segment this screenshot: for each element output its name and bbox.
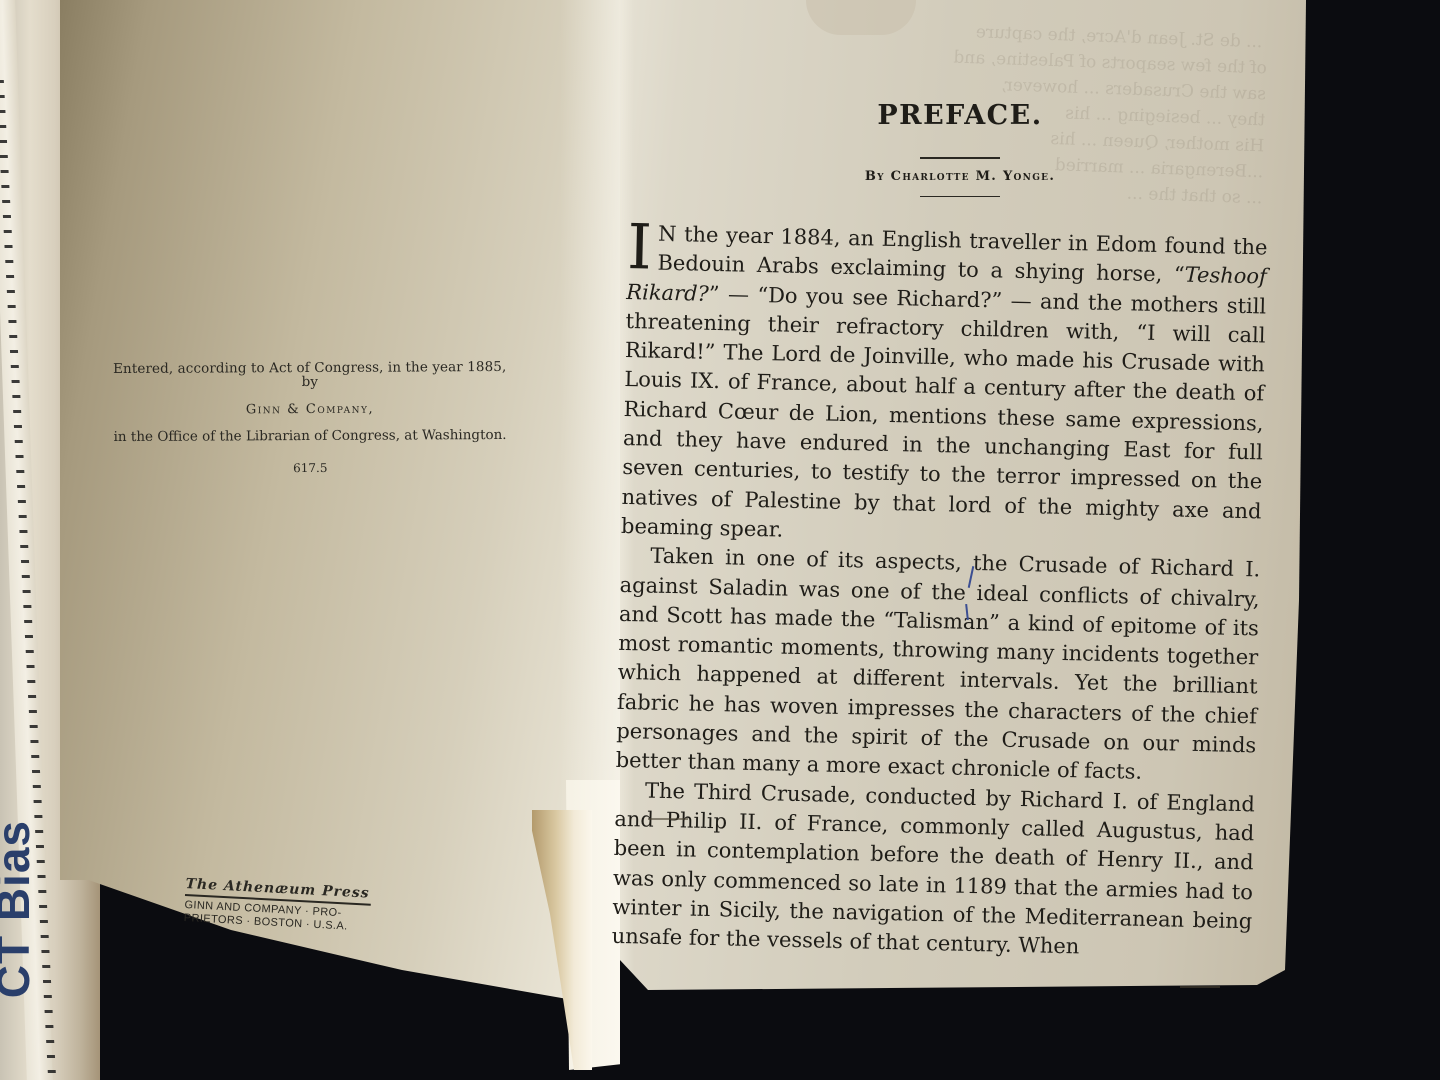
drop-cap: I bbox=[627, 221, 653, 274]
author-byline: By Charlotte M. Yonge. bbox=[640, 169, 1280, 184]
paragraph-3: The Third Crusade, conducted by Richard … bbox=[611, 775, 1255, 965]
press-imprint: The Athenæum Press GINN AND COMPANY · PR… bbox=[183, 876, 371, 935]
press-owners: GINN AND COMPANY · PRO- PRIETORS · BOSTO… bbox=[183, 899, 370, 935]
underline-mark bbox=[1180, 986, 1220, 988]
byline-rule bbox=[920, 196, 1000, 198]
preface-section: PREFACE. By Charlotte M. Yonge. IN the y… bbox=[628, 100, 1268, 951]
paragraph-text: N the year 1884, an English traveller in… bbox=[657, 222, 1268, 287]
copyright-line: Entered, according to Act of Congress, i… bbox=[110, 361, 510, 390]
paragraph-1: IN the year 1884, an English traveller i… bbox=[621, 219, 1268, 556]
underline-mark bbox=[648, 818, 688, 820]
preface-body: IN the year 1884, an English traveller i… bbox=[611, 219, 1267, 966]
copyright-notice: Entered, according to Act of Congress, i… bbox=[110, 361, 511, 475]
title-rule bbox=[920, 157, 1000, 159]
paragraph-text: ” — “Do you see Richard?” — and the moth… bbox=[621, 281, 1267, 541]
book-photo: CT Bias Entered, according to Act of Con… bbox=[0, 0, 1440, 1080]
catalog-number: 617.5 bbox=[110, 460, 510, 474]
paper-stain bbox=[806, 0, 916, 35]
paragraph-2: Taken in one of its aspects, the Crusade… bbox=[615, 541, 1260, 790]
edge-label: CT Bias bbox=[0, 820, 40, 930]
preface-title: PREFACE. bbox=[640, 100, 1280, 131]
copyright-office-line: in the Office of the Librarian of Congre… bbox=[110, 429, 510, 445]
publisher-name: Ginn & Company, bbox=[110, 402, 510, 417]
